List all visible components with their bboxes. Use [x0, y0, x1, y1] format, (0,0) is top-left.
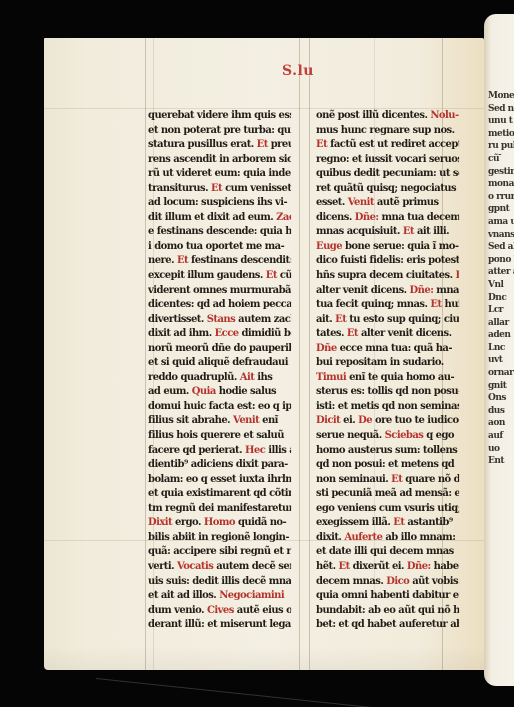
- rubricated-initial: Et: [177, 254, 188, 266]
- next-leaf-line: Dnc: [488, 292, 514, 305]
- text-line: sti pecuniã meã ad mensã: et: [316, 486, 459, 501]
- text-line: statura pusillus erat. Et preur-: [148, 137, 291, 152]
- next-leaf-line: Ons: [488, 392, 514, 405]
- rubricated-initial: Et: [211, 182, 222, 194]
- text-line: dicentes: qd ad hoiem peccatorẽ: [148, 297, 291, 312]
- text-line: regno: et iussit vocari seruos: [316, 152, 459, 167]
- text-line: verti. Vocatis autem decẽ ser-: [148, 559, 291, 574]
- rubricated-initial: Et: [316, 138, 327, 150]
- text-line: e festinans descende: quia hodie: [148, 224, 291, 239]
- text-line: tua fecit quinq; mnas. Et huic: [316, 297, 459, 312]
- rubricated-initial: Et: [257, 138, 268, 150]
- next-leaf-line: pono lu: [488, 254, 514, 267]
- next-leaf-line: gpnt: [488, 203, 514, 216]
- rubricated-initial: Negociamini: [219, 589, 284, 601]
- rubricated-initial: Venit: [233, 414, 259, 426]
- rubricated-initial: Dñe:: [407, 560, 431, 572]
- text-line: domui huic facta est: eo q ipse: [148, 399, 291, 414]
- text-line: homo austerus sum: tollens: [316, 443, 459, 458]
- paper-crease: [96, 678, 424, 707]
- next-leaf-line: Sed al: [488, 241, 514, 254]
- text-line: quibus dedit pecuniam: ut sci-: [316, 166, 459, 181]
- next-leaf-line: metior: [488, 128, 514, 141]
- text-line: Euge bone serue: quia ĩ mo-: [316, 239, 459, 254]
- next-leaf-line: Moneam: [488, 90, 514, 103]
- text-line: serue nequã. Sciebas q ego: [316, 428, 459, 443]
- ruling-line-gutter-left: [299, 38, 300, 670]
- rubricated-initial: Et: [335, 313, 346, 325]
- rubricated-initial: Quia: [192, 385, 216, 397]
- rubricated-initial: Vocatis: [177, 560, 213, 572]
- next-leaf-line: cũ ̄: [488, 153, 514, 166]
- rubricated-initial: Et: [393, 516, 404, 528]
- text-line: ad eum. Quia hodie salus: [148, 384, 291, 399]
- text-line: bolam: eo q esset iuxta ihrlm:: [148, 472, 291, 487]
- next-leaf-line: dus: [488, 405, 514, 418]
- rubricated-initial: Venit: [348, 196, 374, 208]
- text-line: reddo quadruplũ. Ait ihs: [148, 370, 291, 385]
- text-line: filius hois querere et saluũ: [148, 428, 291, 443]
- text-line: exegissem illã. Et astantib⁹: [316, 515, 459, 530]
- rubricated-initial: Nolu-: [430, 109, 458, 121]
- next-leaf-line: Vnl: [488, 279, 514, 292]
- text-line: dixit. Auferte ab illo mnam:: [316, 530, 459, 545]
- next-leaf-text-fragments: MoneamSed nonunu t ametiorru pulcũ ̄gest…: [488, 90, 514, 468]
- text-line: et date illi qui decem mnas: [316, 544, 459, 559]
- next-leaf-line: ama u: [488, 216, 514, 229]
- next-leaf-line: mona: [488, 178, 514, 191]
- text-line: Dicit ei. De ore tuo te iudico: [316, 413, 459, 428]
- text-line: bet: et qd habet auferetur ab eo.: [316, 617, 459, 632]
- text-line: filius sit abrahe. Venit enĩ: [148, 413, 291, 428]
- text-line: hẽt. Et dixerũt ei. Dñe: habet: [316, 559, 459, 574]
- next-leaf-line: unu t a: [488, 115, 514, 128]
- next-leaf-line: aden: [488, 329, 514, 342]
- rubricated-initial: Zache: [276, 211, 291, 223]
- text-line: Timui enĩ te quia homo au-: [316, 370, 459, 385]
- text-line: ait. Et tu esto sup quinq; ciui-: [316, 312, 459, 327]
- text-column-right: onẽ post illũ dicentes. Nolu-mus hunc re…: [316, 108, 462, 632]
- next-leaf-line: auf: [488, 430, 514, 443]
- next-leaf-line: uvt: [488, 354, 514, 367]
- text-line: facere qd perierat. Hec illis au-: [148, 443, 291, 458]
- text-line: Dixit ergo. Homo quidã no-: [148, 515, 291, 530]
- next-leaf-line: ornar: [488, 367, 514, 380]
- text-line: esset. Venit autẽ primus: [316, 195, 459, 210]
- text-line: non seminaui. Et quare nõ dedi-: [316, 472, 459, 487]
- rubricated-initial: Et: [347, 327, 358, 339]
- text-line: excepit illum gaudens. Et cũ: [148, 268, 291, 283]
- rubricated-initial: Stans: [207, 313, 235, 325]
- rubricated-initial: Cives: [207, 604, 234, 616]
- text-line: dientib⁹ adiciens dixit para-: [148, 457, 291, 472]
- text-line: decem mnas. Dico aũt vobis:: [316, 574, 459, 589]
- rubricated-initial: Auferte: [344, 531, 382, 543]
- rubricated-initial: Et: [338, 560, 349, 572]
- rubricated-initial: Sciebas: [385, 429, 424, 441]
- text-line: mus hunc regnare sup nos.: [316, 123, 459, 138]
- rubricated-initial: Et: [403, 225, 414, 237]
- next-leaf-line: gnit: [488, 380, 514, 393]
- text-line: dit illum et dixit ad eum. Zache: [148, 210, 291, 225]
- rubricated-initial: Et: [266, 269, 277, 281]
- rubricated-initial: Dñe:: [355, 211, 379, 223]
- text-line: tm regnũ dei manifestaretur.: [148, 501, 291, 516]
- rubricated-initial: Dixit: [148, 516, 172, 528]
- text-line: ego veniens cum vsuris utiq;: [316, 501, 459, 516]
- next-leaf-line: ru pul: [488, 140, 514, 153]
- rubricated-initial: De: [358, 414, 372, 426]
- ruling-line-left-outer: [145, 38, 146, 670]
- rubricated-initial: Et: [391, 473, 402, 485]
- text-line: viderent omnes murmurabãt: [148, 283, 291, 298]
- text-line: dixit ad ihm. Ecce dimidiũ bo-: [148, 326, 291, 341]
- text-line: sterus es: tollis qd non posu-: [316, 384, 459, 399]
- text-line: bui repositam in sudario.: [316, 355, 459, 370]
- next-leaf-line: Lcr: [488, 304, 514, 317]
- next-leaf-line: gestin: [488, 166, 514, 179]
- text-line: quia omni habenti dabitur et a-: [316, 588, 459, 603]
- next-leaf-line: o rrur: [488, 191, 514, 204]
- next-leaf-line: Ent: [488, 455, 514, 468]
- text-line: quã: accipere sibi regnũ et re-: [148, 544, 291, 559]
- next-leaf-line: Sed non: [488, 103, 514, 116]
- next-leaf-line: aon: [488, 417, 514, 430]
- text-line: uis suis: dedit illis decẽ mnas:: [148, 574, 291, 589]
- next-leaf-line: atter ar: [488, 266, 514, 279]
- rubricated-initial: Timui: [316, 371, 346, 383]
- rubricated-initial: Homo: [204, 516, 235, 528]
- text-line: bundabit: ab eo aũt qui nõ ha-: [316, 603, 459, 618]
- rubricated-initial: Dñe: [316, 342, 337, 354]
- text-line: divertisset. Stans autem zacheus: [148, 312, 291, 327]
- next-leaf-line: uo: [488, 443, 514, 456]
- rubricated-initial: Ecce: [215, 327, 239, 339]
- text-line: et si quid aliquẽ defraudaui: [148, 355, 291, 370]
- text-line: Dñe ecce mna tua: quã ha-: [316, 341, 459, 356]
- next-leaf-line: allar: [488, 317, 514, 330]
- text-line: norũ meorũ dñe do pauperibus:: [148, 341, 291, 356]
- text-line: ret quãtũ quisq; negociatus: [316, 181, 459, 196]
- running-head: S.lu: [282, 63, 314, 79]
- text-line: transiturus. Et cum venisset: [148, 181, 291, 196]
- rubricated-initial: Et: [430, 298, 441, 310]
- rubricated-initial: Dico: [386, 575, 409, 587]
- text-line: dicens. Dñe: mna tua decem: [316, 210, 459, 225]
- text-line: dum venio. Cives autẽ eius o-: [148, 603, 291, 618]
- rubricated-initial: Dicit: [316, 414, 340, 426]
- text-line: isti: et metis qd non seminasti.: [316, 399, 459, 414]
- text-line: Et factũ est ut rediret accepto: [316, 137, 459, 152]
- text-line: et ait ad illos. Negociamini: [148, 588, 291, 603]
- rubricated-initial: Ait: [240, 371, 255, 383]
- text-line: dico fuisti fidelis: eris potestatẽ: [316, 253, 459, 268]
- text-line: bilis abiit in regionẽ longin-: [148, 530, 291, 545]
- text-line: onẽ post illũ dicentes. Nolu-: [316, 108, 459, 123]
- text-line: i domo tua oportet me ma-: [148, 239, 291, 254]
- text-line: nere. Et festinans descendit: et: [148, 253, 291, 268]
- text-line: alter venit dicens. Dñe: mna: [316, 283, 459, 298]
- next-leaf-line: vnans: [488, 229, 514, 242]
- text-line: tates. Et alter venit dicens.: [316, 326, 459, 341]
- text-line: rũ ut videret eum: quia inde erat: [148, 166, 291, 181]
- next-leaf-line: Lnc: [488, 342, 514, 355]
- text-line: ad locum: suspiciens ihs vi-: [148, 195, 291, 210]
- rubricated-initial: Et: [456, 269, 460, 281]
- rubricated-initial: Euge: [316, 240, 342, 252]
- text-line: derant illũ: et miserunt legatõ: [148, 617, 291, 632]
- text-column-left: querebat videre ihm quis esset:et non po…: [148, 108, 294, 632]
- text-line: qd non posui: et metens qd: [316, 457, 459, 472]
- text-line: mnas acquisiuit. Et ait illi.: [316, 224, 459, 239]
- text-line: et non poterat pre turba: quia: [148, 123, 291, 138]
- text-line: rens ascendit in arborem sicomo-: [148, 152, 291, 167]
- ruling-line-gutter-right: [309, 38, 310, 670]
- rubricated-initial: Hec: [245, 444, 265, 456]
- text-line: querebat videre ihm quis esset:: [148, 108, 291, 123]
- text-line: hñs supra decem ciuitates. Et: [316, 268, 459, 283]
- rubricated-initial: Dñe:: [410, 284, 434, 296]
- text-line: et quia existimarent qd cõtinuo: [148, 486, 291, 501]
